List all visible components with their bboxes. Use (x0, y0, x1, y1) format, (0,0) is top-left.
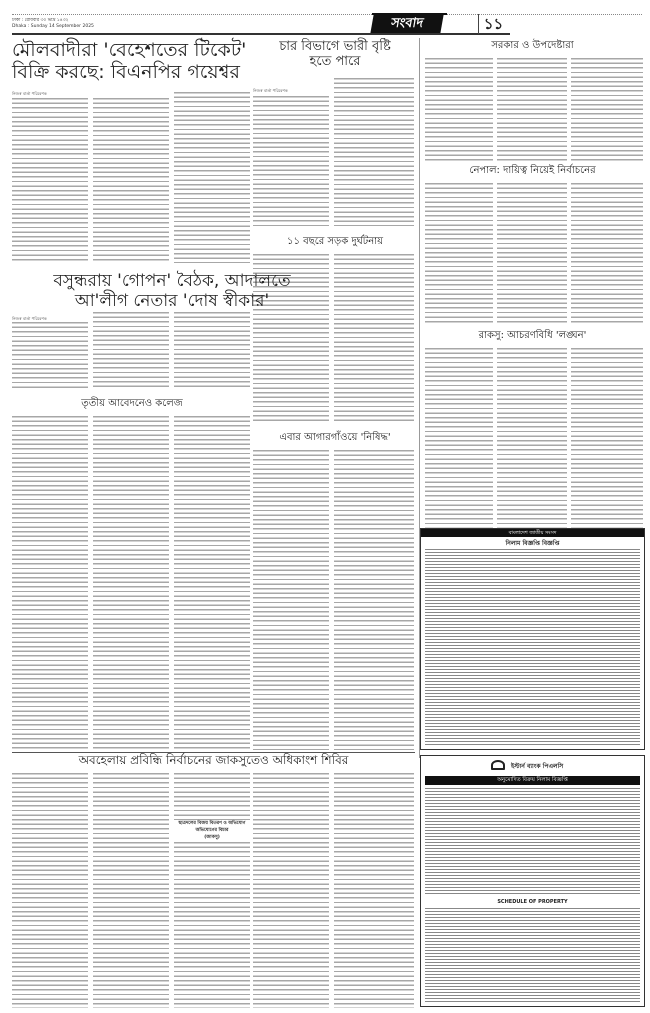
article-column (425, 348, 493, 528)
ad-body-text (425, 908, 640, 1002)
article-column (425, 183, 493, 323)
headline-rakshu: রাকসু: আচরণবিধি 'লঙ্ঘন' (420, 330, 645, 342)
article-column (93, 773, 169, 1008)
article-column (93, 98, 169, 263)
headline-bashundhara: বসুন্ধরায় 'গোপন' বৈঠক, আদালতে আ'লীগ নেত… (12, 272, 332, 311)
article-column (93, 416, 169, 751)
headline-college: তৃতীয় আবেদনেও কলেজ (12, 398, 252, 410)
article-column (334, 450, 414, 750)
article-column (12, 416, 88, 751)
article-column (93, 312, 169, 390)
article-column (334, 78, 414, 226)
headline-election: অবহেলায় প্রবিন্ধি নির্বাচনের জাকসুতেও অ… (12, 754, 415, 768)
article-column (12, 98, 88, 263)
article-column (12, 773, 88, 1008)
bank-name: ইস্টার্ন ব্যাংক পিএলসি (511, 761, 611, 772)
headline-nepal: নেপাল: দায়িত্ব নিয়েই নির্বাচনের (420, 165, 645, 177)
subhead-line: ছাত্রদলের বিজয় বিতরণ ও অভিযোগ অভিযোগের … (174, 820, 250, 834)
headline-line: বসুন্ধরায় 'গোপন' বৈঠক, আদালতে (12, 272, 332, 292)
newspaper-logo: সংবাদ (370, 15, 443, 33)
article-column (174, 773, 250, 1008)
schedule-label: SCHEDULE OF PROPERTY (421, 899, 644, 905)
article-column (571, 183, 643, 323)
eastern-bank-ad: ইস্টার্ন ব্যাংক পিএলসি অনুমোদিত বিক্রয় … (420, 755, 645, 1007)
byline: নিজস্ব বার্তা পরিবেশক (253, 88, 288, 95)
page-number: ১১ (478, 14, 508, 34)
article-column (253, 773, 329, 1008)
headline-sarkar: সরকার ও উপদেষ্টারা (420, 40, 645, 52)
article-column (253, 450, 329, 750)
headline-line: হতে পারে (250, 55, 420, 70)
article-column (425, 58, 493, 163)
ad-title: নিলাম বিজ্ঞপ্তি বিজ্ঞপ্তি (421, 538, 644, 549)
article-column (497, 183, 567, 323)
headline-line: আ'লীগ নেতার 'দোষ স্বীকার' (12, 292, 332, 312)
ad-body-text (425, 549, 640, 745)
tender-notice-ad: বাংলাদেশ জাতীয় সংসদ নিলাম বিজ্ঞপ্তি বিজ… (420, 528, 645, 750)
headline-road-accident: ১১ বছরে সড়ক দুর্ঘটনায় (250, 236, 420, 248)
article-column (571, 58, 643, 163)
subhead-line: (জাকসু) (174, 834, 250, 841)
article-column (174, 416, 250, 751)
masthead (12, 14, 642, 34)
article-column (174, 312, 250, 390)
article-column (334, 254, 414, 424)
article-column (497, 58, 567, 163)
headline-rain: চার বিভাগে ভারী বৃষ্টি হতে পারে (250, 40, 420, 70)
dateline: ঢাকা : রোববার ৩০ ভাদ্র ১৪৩২ Dhaka : Sund… (12, 18, 94, 30)
ad-title-bar: অনুমোদিত বিক্রয় নিলাম বিজ্ঞপ্তি (425, 776, 640, 785)
headline-agargaon: এবার আগারগাঁওয়ে 'নিষিদ্ধ' (250, 432, 420, 444)
date-english: Dhaka : Sunday 14 September 2025 (12, 24, 94, 30)
headline-line: চার বিভাগে ভারী বৃষ্টি (250, 40, 420, 55)
article-column (571, 348, 643, 528)
election-subhead: ছাত্রদলের বিজয় বিতরণ ও অভিযোগ অভিযোগের … (174, 820, 250, 841)
article-column (253, 96, 329, 226)
article-column (174, 92, 250, 263)
article-column (497, 348, 567, 528)
masthead-rule (12, 33, 510, 35)
byline: নিজস্ব বার্তা পরিবেশক (12, 91, 47, 98)
article-column (334, 773, 414, 1008)
ad-header: বাংলাদেশ জাতীয় সংসদ (421, 529, 644, 537)
bank-logo-icon (491, 760, 505, 770)
article-column (12, 322, 88, 390)
ad-body-text (425, 788, 640, 896)
